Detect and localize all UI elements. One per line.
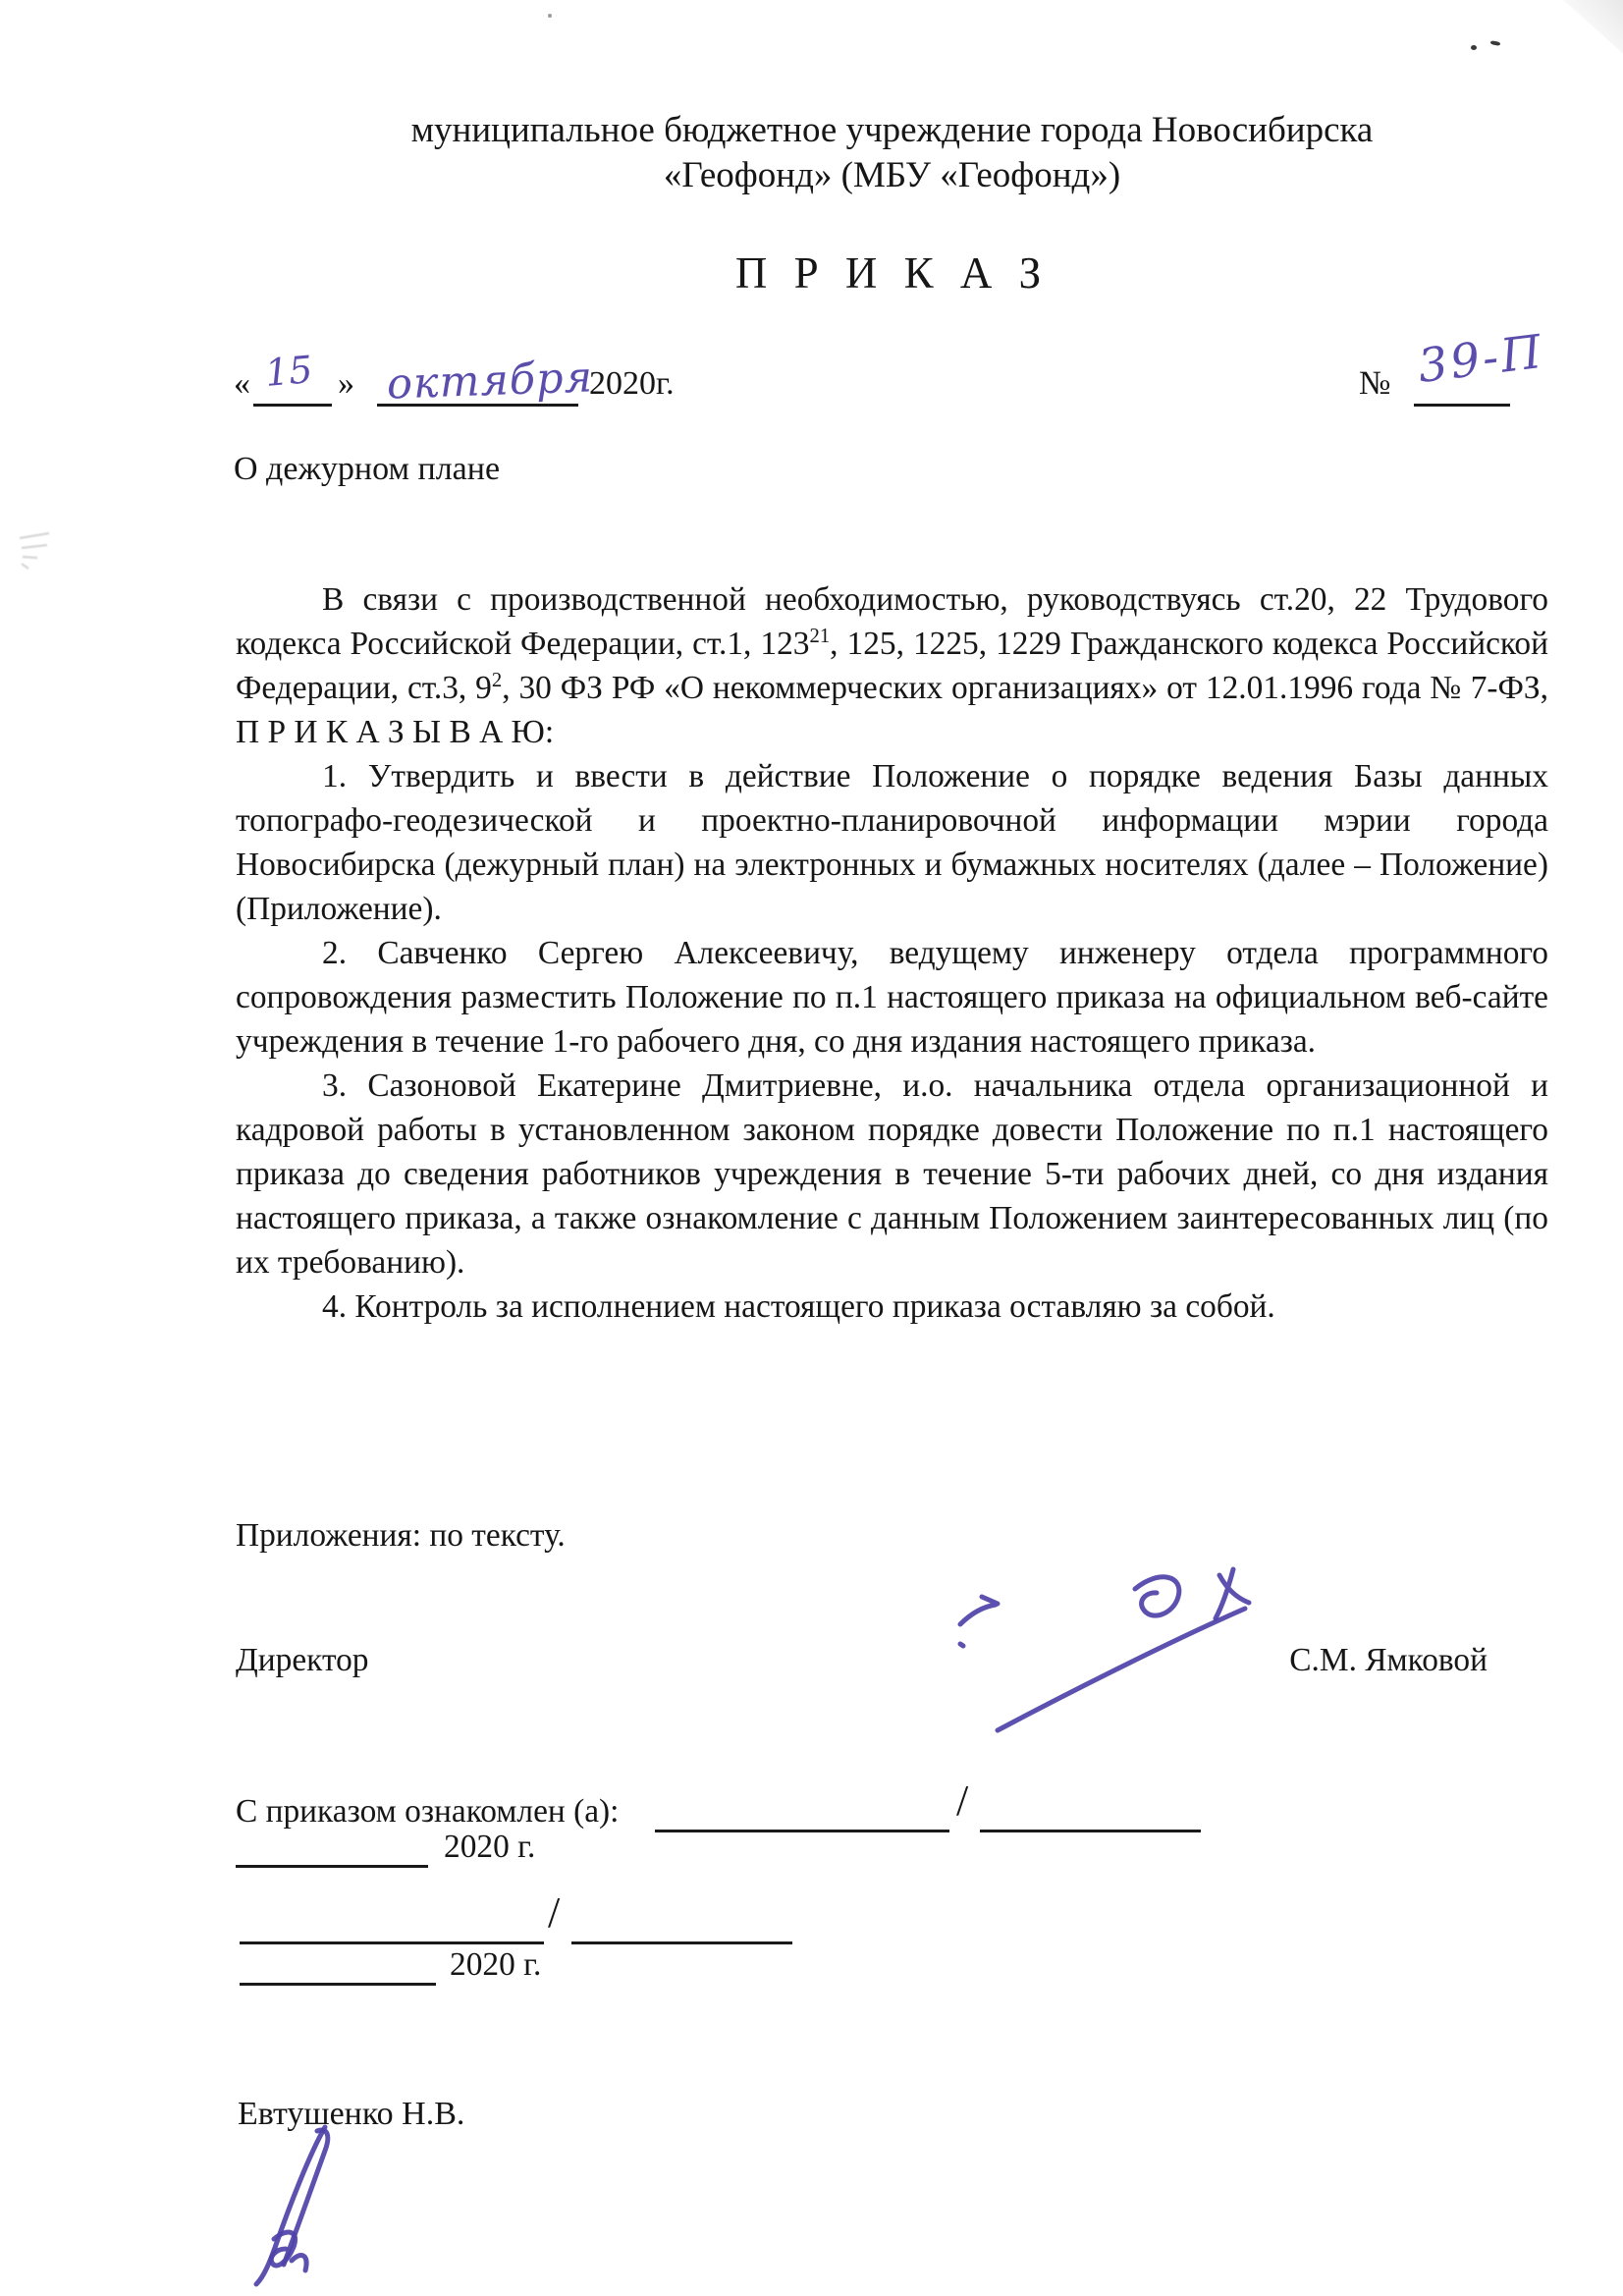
- number-blank: 39-П: [1414, 360, 1510, 407]
- acknowledgement-row-4: 2020 г.: [0, 1942, 1623, 1988]
- handwritten-order-number: 39-П: [1415, 326, 1546, 394]
- acknowledgement-row-2: 2020 г.: [0, 1825, 1623, 1870]
- intro-superscript-2: 2: [492, 670, 502, 691]
- director-title: Директор: [236, 1642, 369, 1678]
- order-item-3: 3. Сазоновой Екатерине Дмитриевне, и.о. …: [236, 1064, 1548, 1285]
- signature-blank: [240, 1904, 544, 1944]
- organization-name: муниципальное бюджетное учреждение город…: [236, 108, 1548, 198]
- date-close-quote: »: [338, 357, 354, 410]
- number-sign: №: [1359, 357, 1390, 410]
- order-body: В связи с производственной необходимость…: [236, 577, 1548, 1329]
- scan-speck: [548, 14, 552, 18]
- date-blank: [240, 1945, 436, 1986]
- organization-name-line1: муниципальное бюджетное учреждение город…: [236, 108, 1548, 153]
- acknowledgement-year-2: 2020 г.: [450, 1942, 541, 1988]
- scan-speck: [1471, 45, 1477, 50]
- director-signature: [933, 1563, 1267, 1745]
- handwritten-month: октября: [386, 351, 594, 410]
- order-item-1: 1. Утвердить и ввести в действие Положен…: [236, 754, 1548, 931]
- date-blank: [236, 1828, 428, 1868]
- date-number-row: « 15 » октября 2020г. № 39-П: [0, 357, 1623, 410]
- date-year: 2020г.: [589, 357, 675, 410]
- order-item-2: 2. Савченко Сергею Алексеевичу, ведущему…: [236, 931, 1548, 1064]
- name-blank: [571, 1904, 792, 1944]
- scan-speck: [1490, 40, 1501, 46]
- slash-separator: /: [956, 1781, 968, 1821]
- date-day-blank: 15: [253, 360, 332, 407]
- order-item-4: 4. Контроль за исполнением настоящего пр…: [236, 1285, 1548, 1329]
- document-title: П Р И К А З: [236, 247, 1548, 299]
- attachments-note: Приложения: по тексту.: [236, 1513, 566, 1558]
- order-subject: О дежурном плане: [234, 448, 500, 491]
- intro-superscript-1: 21: [809, 626, 830, 647]
- acknowledgement-year-1: 2020 г.: [444, 1825, 535, 1870]
- executor-signature: [241, 2121, 373, 2290]
- organization-name-line2: «Геофонд» (МБУ «Геофонд»): [236, 153, 1548, 198]
- director-name: С.М. Ямковой: [1289, 1636, 1488, 1685]
- scan-corner-artifact: [1546, 0, 1623, 61]
- director-signature-row: Директор С.М. Ямковой: [236, 1636, 1548, 1685]
- scanned-order-document: муниципальное бюджетное учреждение город…: [0, 0, 1623, 2296]
- scan-smudge: [10, 524, 65, 570]
- intro-paragraph: В связи с производственной необходимость…: [236, 577, 1548, 754]
- date-month-blank: октября: [377, 360, 578, 407]
- slash-separator: /: [548, 1893, 560, 1933]
- handwritten-day: 15: [263, 343, 315, 400]
- date-open-quote: «: [234, 357, 250, 410]
- acknowledgement-row-3: /: [0, 1901, 1623, 1946]
